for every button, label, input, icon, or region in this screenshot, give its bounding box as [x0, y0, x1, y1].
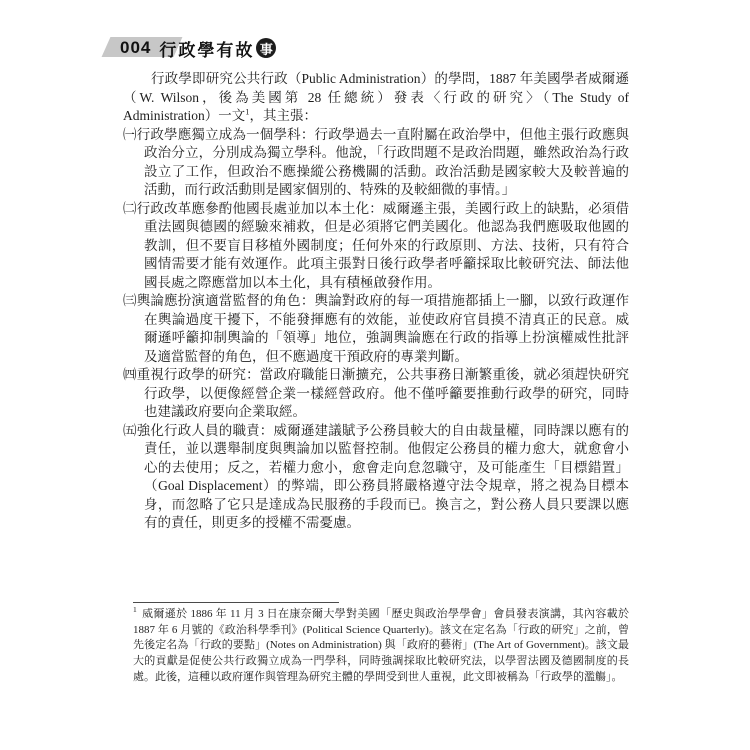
footnote-text: 威爾遜於 1886 年 11 月 3 日在康奈爾大學對美國「歷史與政治學學會」會… [133, 608, 629, 683]
list-item-3: ㈢輿論應扮演適當監督的角色：輿論對政府的每一項措施都插上一腳，以致行政運作在輿論… [123, 292, 629, 366]
book-title: 行政學有故 [159, 36, 254, 61]
item-marker-1: ㈠ [123, 127, 137, 142]
page-number-wrap: 004 [120, 38, 151, 58]
footnote: 1威爾遜於 1886 年 11 月 3 日在康奈爾大學對美國「歷史與政治學學會」… [133, 607, 629, 686]
intro-text-before: 行政學即研究公共行政（Public Administration）的學問，188… [123, 71, 629, 123]
item-marker-2: ㈡ [123, 201, 137, 216]
list-item-2: ㈡行政改革應參酌他國長處並加以本土化：威爾遜主張，美國行政上的缺點，必須借重法國… [123, 200, 629, 293]
list-item-5: ㈤強化行政人員的職責：威爾遜建議賦予公務員較大的自由裁量權，同時課以應有的責任，… [123, 422, 629, 533]
list-item-4: ㈣重視行政學的研究：當政府職能日漸擴充，公共事務日漸繁重後，就必須趕快研究行政學… [123, 366, 629, 422]
item-marker-5: ㈤ [123, 423, 137, 438]
footnote-separator-rule [133, 602, 339, 603]
page-header: 004 行政學有故 事 [120, 37, 276, 59]
list-item-1: ㈠行政學應獨立成為一個學科：行政學過去一直附屬在政治學中，但他主張行政應與政治分… [123, 126, 629, 200]
item-text-2: 行政改革應參酌他國長處並加以本土化：威爾遜主張，美國行政上的缺點，必須借重法國與… [137, 201, 629, 290]
item-text-5: 強化行政人員的職責：威爾遜建議賦予公務員較大的自由裁量權，同時課以應有的責任，並… [137, 423, 629, 531]
item-text-3: 輿論應扮演適當監督的角色：輿論對政府的每一項措施都插上一腳，以致行政運作在輿論過… [137, 293, 629, 364]
item-marker-3: ㈢ [123, 293, 137, 308]
page-number: 004 [120, 38, 151, 57]
item-marker-4: ㈣ [123, 367, 137, 382]
intro-text-after: ，其主張： [250, 108, 318, 123]
footnote-number: 1 [133, 605, 137, 614]
item-text-4: 重視行政學的研究：當政府職能日漸擴充，公共事務日漸繁重後，就必須趕快研究行政學，… [137, 367, 629, 419]
title-badge-circle-icon: 事 [256, 38, 276, 58]
item-text-1: 行政學應獨立成為一個學科：行政學過去一直附屬在政治學中，但他主張行政應與政治分立… [137, 127, 629, 198]
main-text-block: 行政學即研究公共行政（Public Administration）的學問，188… [123, 70, 629, 533]
intro-paragraph: 行政學即研究公共行政（Public Administration）的學問，188… [123, 70, 629, 126]
